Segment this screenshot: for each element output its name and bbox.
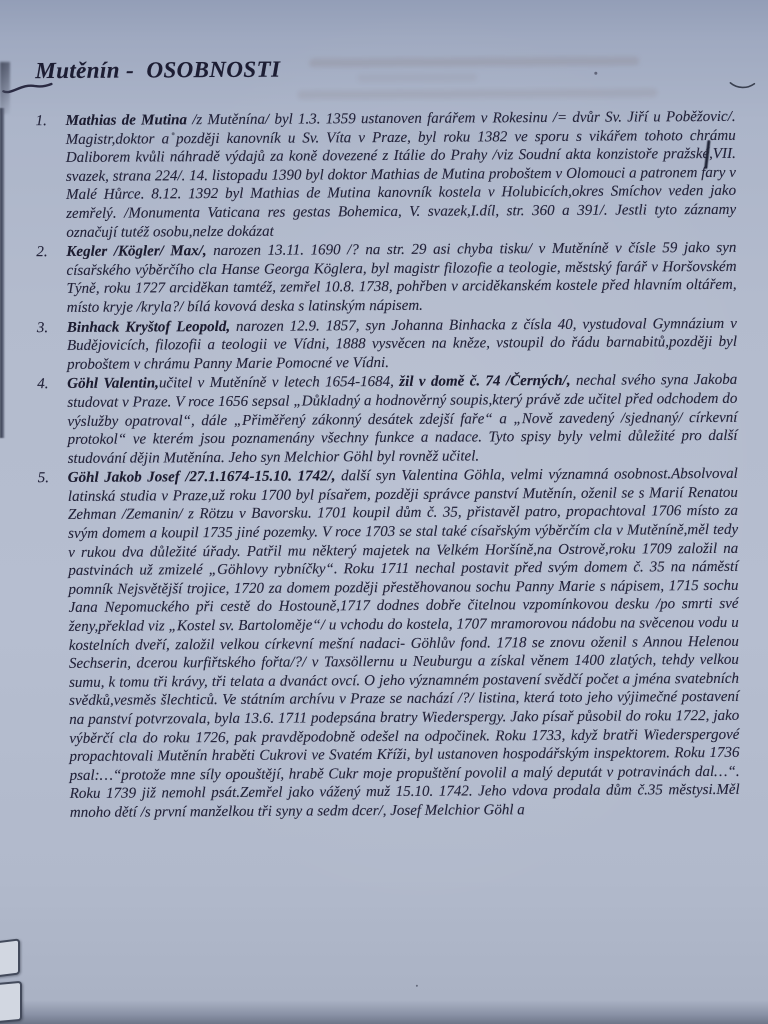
dust-speck xyxy=(172,132,175,135)
page-edge-shadow xyxy=(0,108,5,438)
numbered-list: 1.Mathias de Mutina /z Mutěnína/ byl 1.3… xyxy=(36,108,740,824)
page-title: Mutěnín - OSOBNOSTI xyxy=(35,57,280,84)
text-run: /z Mutěnína/ byl 1.3. 1359 ustanoven far… xyxy=(66,109,737,241)
item-paragraph: Mathias de Mutina /z Mutěnína/ byl 1.3. … xyxy=(66,108,737,242)
person-name-bold-run: Kegler /Kögler/ Max/, xyxy=(66,243,213,260)
item-paragraph: Göhl Valentin,učitel v Mutěníně v letech… xyxy=(67,371,738,468)
text-run: učitel v Mutěníně v letech 1654-1684, xyxy=(159,374,399,391)
item-number: 1. xyxy=(36,112,66,131)
list-item: 1.Mathias de Mutina /z Mutěnína/ byl 1.3… xyxy=(36,108,737,242)
list-item: 3.Binhack Kryštof Leopold, narozen 12.9.… xyxy=(37,314,737,374)
text-run: další syn Valentina Göhla, velmi významn… xyxy=(68,466,740,821)
person-name-bold-run: žil v domě č. 74 /Černých/, xyxy=(399,373,576,390)
item-number: 2. xyxy=(36,243,66,262)
bleedthrough-text-artifact xyxy=(357,73,477,82)
dust-speck xyxy=(594,72,597,75)
scanned-page: Mutěnín - OSOBNOSTI 1.Mathias de Mutina … xyxy=(0,0,768,1024)
item-number: 5. xyxy=(38,469,68,488)
item-paragraph: Göhl Jakob Josef /27.1.1674-15.10. 1742/… xyxy=(68,465,740,822)
person-name-bold-run: Mathias de Mutina xyxy=(66,112,193,129)
item-paragraph: Kegler /Kögler/ Max/, narozen 13.11. 169… xyxy=(66,239,736,317)
person-name-bold-run: Binhack Kryštof Leopold, xyxy=(67,318,236,335)
dust-speck xyxy=(416,985,418,987)
bleedthrough-text-artifact xyxy=(309,56,639,67)
list-item: 2.Kegler /Kögler/ Max/, narozen 13.11. 1… xyxy=(36,239,736,318)
item-number: 3. xyxy=(37,318,67,337)
page-edge-shadow xyxy=(0,62,10,114)
binder-tab xyxy=(0,981,22,1023)
item-number: 4. xyxy=(37,375,67,394)
bleedthrough-text-artifact xyxy=(297,88,657,99)
binder-tab xyxy=(0,938,20,977)
person-name-bold-run: Göhl Jakob Josef /27.1.1674-15.10. 1742/… xyxy=(68,469,341,487)
curl-mark xyxy=(729,80,755,90)
item-paragraph: Binhack Kryštof Leopold, narozen 12.9. 1… xyxy=(67,314,737,374)
list-item: 4.Göhl Valentin,učitel v Mutěníně v lete… xyxy=(37,371,738,468)
list-item: 5.Göhl Jakob Josef /27.1.1674-15.10. 174… xyxy=(38,465,740,823)
person-name-bold-run: Göhl Valentin, xyxy=(67,376,159,393)
